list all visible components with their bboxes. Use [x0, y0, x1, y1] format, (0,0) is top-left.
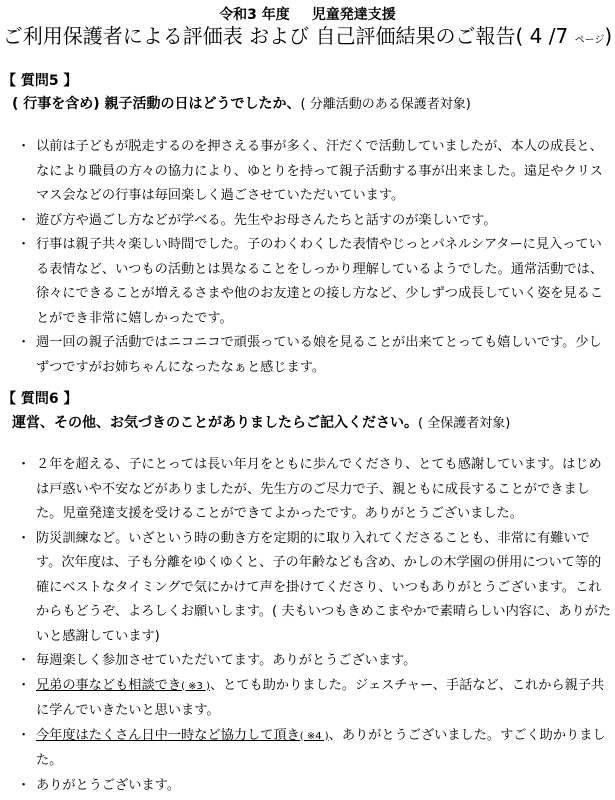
- title-text: ご利用保護者による評価表 および 自己評価結果のご報告(: [3, 24, 524, 48]
- page-title: ご利用保護者による評価表 および 自己評価結果のご報告( 4 /7 ページ): [0, 20, 615, 49]
- answer-item: 行事は親子共々楽しい時間でした。子のわくわくした表情やじっとパネルシアターに見入…: [22, 233, 612, 331]
- answer-item: 毎週楽しく参加させていただいてます。ありがとうございます。: [22, 649, 612, 674]
- answer-item: 以前は子どもが脱走するのを押さえる事が多く、汗だくで活動していましたが、本人の成…: [22, 135, 612, 209]
- question-note: ( 分離活動のある保護者対象): [301, 97, 471, 112]
- question-q6: 運営、その他、お気づきのことがありましたらご記入ください。( 全保護者対象): [12, 412, 510, 432]
- underlined-text: 今年度はたくさん日中一時など協力して頂き( ※4 ): [36, 728, 329, 743]
- answer-list-q5: 以前は子どもが脱走するのを押さえる事が多く、汗だくで活動していましたが、本人の成…: [22, 135, 612, 380]
- underlined-text: 兄弟の事なども相談でき( ※3 ): [36, 678, 210, 693]
- underlined-phrase: 今年度はたくさん日中一時など協力して頂き: [36, 728, 300, 743]
- footnote-ref: ( ※4 ): [300, 731, 329, 742]
- footnote-ref: ( ※3 ): [181, 681, 210, 692]
- answer-list-q6: ２年を超える、子にとっては長い年月をともに歩んでくださり、とても感謝しています。…: [22, 453, 612, 798]
- question-text: 運営、その他、お気づきのことがありましたらご記入ください。: [12, 415, 418, 431]
- answer-item: ありがとうございます。: [22, 774, 612, 799]
- answer-item: 今年度はたくさん日中一時など協力して頂き( ※4 )、ありがとうございました。す…: [22, 724, 612, 774]
- answer-item: 兄弟の事なども相談でき( ※3 )、とても助かりました。ジェスチャー、手話など、…: [22, 674, 612, 724]
- answer-item: ２年を超える、子にとっては長い年月をともに歩んでくださり、とても感謝しています。…: [22, 453, 612, 527]
- section-label-q5: 【 質問5 】: [2, 70, 78, 90]
- answer-item: 防災訓練など。いざという時の動き方を定期的に取り入れてくださることも、非常に有難…: [22, 527, 612, 650]
- question-note: ( 全保護者対象): [418, 416, 510, 431]
- answer-item: 遊び方や過ごし方などが学べる。先生やお母さんたちと話すのが楽しいです。: [22, 209, 612, 234]
- section-label-q6: 【 質問6 】: [2, 388, 78, 408]
- page-number: 4 /7: [523, 24, 574, 48]
- title-close: ): [604, 24, 612, 48]
- page-suffix: ページ: [575, 35, 605, 46]
- question-text: ( 行事を含め) 親子活動の日はどうでしたか、: [12, 96, 301, 112]
- answer-item: 週一回の親子活動ではニコニコで頑張っている娘を見ることが出来てとっても嬉しいです…: [22, 331, 612, 380]
- underlined-phrase: 兄弟の事なども相談でき: [36, 678, 181, 693]
- question-q5: ( 行事を含め) 親子活動の日はどうでしたか、( 分離活動のある保護者対象): [12, 93, 471, 113]
